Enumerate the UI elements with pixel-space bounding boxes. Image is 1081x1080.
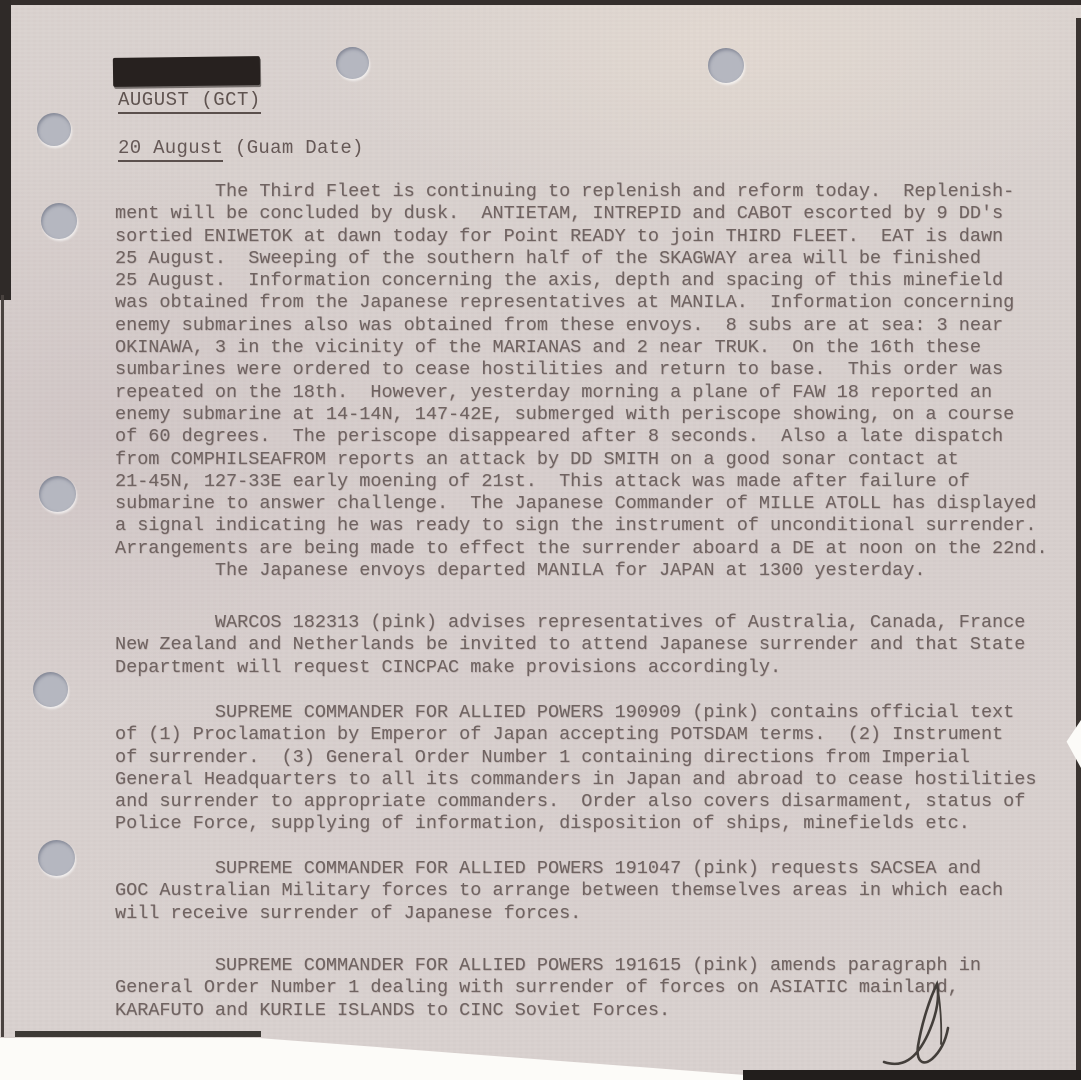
paragraph-third-fleet: The Third Fleet is continuing to repleni… <box>115 181 1048 582</box>
page-title-text: AUGUST (GCT) <box>118 89 261 114</box>
page-title: AUGUST (GCT) <box>118 89 261 111</box>
scan-edge-left-upper <box>0 0 11 300</box>
scan-edge-top <box>0 0 1081 5</box>
date-heading-suffix: (Guam Date) <box>223 137 363 159</box>
paragraph-scap-191615: SUPREME COMMANDER FOR ALLIED POWERS 1916… <box>115 955 981 1022</box>
paragraph-warcos: WARCOS 182313 (pink) advises representat… <box>115 612 1025 679</box>
punch-hole-top-left <box>336 47 369 79</box>
redaction-bar <box>113 56 260 87</box>
punch-hole-top-right <box>708 48 744 83</box>
paragraph-scap-191047: SUPREME COMMANDER FOR ALLIED POWERS 1910… <box>115 858 1003 925</box>
signature-mark <box>878 972 988 1072</box>
punch-hole-left-5 <box>38 840 75 876</box>
scan-edge-right <box>1076 18 1081 1080</box>
punch-hole-left-1 <box>37 113 71 146</box>
date-heading: 20 August (Guam Date) <box>118 137 364 159</box>
paper-bottom-edge-line <box>15 1031 261 1037</box>
scanned-document-page: AUGUST (GCT) 20 August (Guam Date) The T… <box>0 0 1081 1080</box>
paragraph-scap-190909: SUPREME COMMANDER FOR ALLIED POWERS 1909… <box>115 702 1036 836</box>
punch-hole-left-3 <box>39 476 76 512</box>
scan-edge-left-lower <box>1 295 4 1037</box>
punch-hole-left-4 <box>33 672 68 707</box>
date-heading-date: 20 August <box>118 137 223 162</box>
scan-edge-bottom-right <box>743 1070 1081 1080</box>
punch-hole-left-2 <box>41 203 77 239</box>
